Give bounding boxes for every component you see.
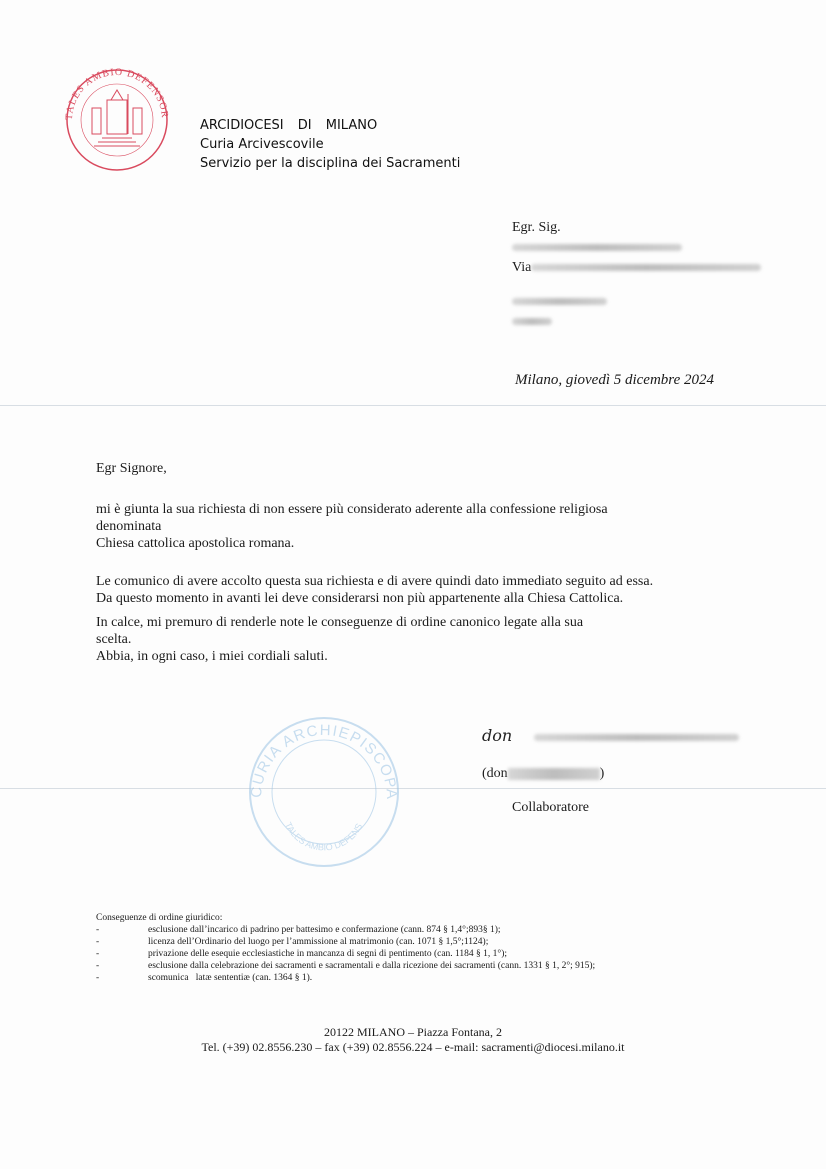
consequence-text: scomunica latæ sententiæ (can. 1364 § 1)… [148, 972, 312, 984]
signer-role: Collaboratore [482, 800, 739, 816]
paragraph-line: Chiesa cattolica apostolica romana. [96, 535, 608, 552]
signature-name-redacted [534, 734, 739, 741]
bullet: - [96, 960, 148, 972]
bullet: - [96, 924, 148, 936]
recipient-address: Egr. Sig. Via [512, 218, 761, 324]
paragraph-line: denominata [96, 518, 608, 535]
bullet: - [96, 972, 148, 984]
svg-text:CURIA ARCHIEPISCOPALIS MEDIOLA: CURIA ARCHIEPISCOPALIS MEDIOLANI [245, 714, 400, 801]
bullet: - [96, 948, 148, 960]
paragraph-line: Le comunico di avere accolto questa sua … [96, 573, 653, 590]
consequences-heading: Conseguenze di ordine giuridico: [96, 912, 595, 924]
printed-name-redacted [508, 768, 600, 780]
paragraph-closing: In calce, mi premuro di renderle note le… [96, 614, 583, 665]
paragraph-line: mi è giunta la sua richiesta di non esse… [96, 501, 608, 518]
archdiocese-seal-icon: TALES AMBIO DEFENSORES [58, 68, 176, 172]
consequence-text: privazione delle esequie ecclesiastiche … [148, 948, 507, 960]
letterhead-subtitle: Curia Arcivescovile [200, 135, 460, 154]
signature-block: don (don) Collaboratore [482, 726, 739, 816]
consequence-text: licenza dell’Ordinario del luogo per l’a… [148, 936, 488, 948]
letterhead-title: ARCIDIOCESI DI MILANO [200, 116, 460, 135]
letter-date: Milano, giovedì 5 dicembre 2024 [515, 372, 714, 389]
printed-name-suffix: ) [600, 766, 605, 781]
bullet: - [96, 936, 148, 948]
paper-fold-line [0, 405, 826, 406]
letterhead: ARCIDIOCESI DI MILANO Curia Arcivescovil… [200, 116, 460, 173]
recipient-street-prefix: Via [512, 260, 531, 275]
footer: 20122 MILANO – Piazza Fontana, 2 Tel. (+… [0, 1025, 826, 1055]
paragraph-line: In calce, mi premuro di renderle note le… [96, 614, 583, 631]
consequence-item: -licenza dell’Ordinario del luogo per l’… [96, 936, 595, 948]
footer-contacts: Tel. (+39) 02.8556.230 – fax (+39) 02.85… [0, 1040, 826, 1055]
consequence-text: esclusione dall’incarico di padrino per … [148, 924, 501, 936]
legal-consequences: Conseguenze di ordine giuridico: -esclus… [96, 912, 595, 984]
curia-stamp-icon: CURIA ARCHIEPISCOPALIS MEDIOLANI TALES A… [245, 714, 403, 870]
consequence-item: -privazione delle esequie ecclesiastiche… [96, 948, 595, 960]
recipient-city-redacted [512, 298, 607, 305]
consequence-item: -esclusione dall’incarico di padrino per… [96, 924, 595, 936]
recipient-postcode-redacted [512, 318, 552, 325]
consequence-item: -esclusione dalla celebrazione dei sacra… [96, 960, 595, 972]
printed-name-prefix: (don [482, 766, 508, 781]
letterhead-department: Servizio per la disciplina dei Sacrament… [200, 154, 460, 173]
recipient-salutation: Egr. Sig. [512, 218, 761, 238]
handwritten-signature: don [482, 726, 512, 745]
recipient-name-redacted [512, 244, 682, 251]
paragraph-line: Abbia, in ogni caso, i miei cordiali sal… [96, 648, 583, 665]
consequence-text: esclusione dalla celebrazione dei sacram… [148, 960, 595, 972]
footer-address: 20122 MILANO – Piazza Fontana, 2 [0, 1025, 826, 1040]
consequence-item: -scomunica latæ sententiæ (can. 1364 § 1… [96, 972, 595, 984]
recipient-street-redacted [531, 264, 761, 271]
paragraph-line: Da questo momento in avanti lei deve con… [96, 590, 653, 607]
paragraph-request: mi è giunta la sua richiesta di non esse… [96, 501, 608, 552]
paragraph-acceptance: Le comunico di avere accolto questa sua … [96, 573, 653, 607]
paragraph-line: scelta. [96, 631, 583, 648]
greeting: Egr Signore, [96, 460, 167, 477]
